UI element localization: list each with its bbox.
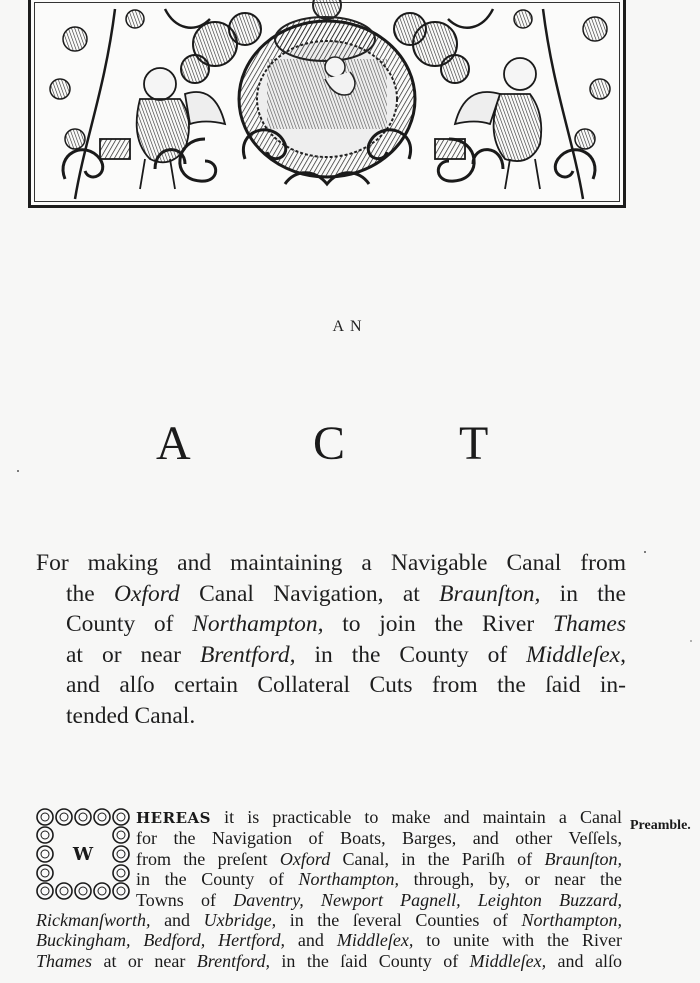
paper-speck — [644, 551, 646, 553]
ornament-woodcut-icon — [35, 0, 623, 205]
long-title: For making and maintaining a Navigable C… — [36, 548, 626, 731]
preamble-line: Towns of Daventry, Newport Pagnell, Leig… — [36, 890, 622, 910]
preamble-line: Thames at or near Brentford, in the ſaid… — [36, 951, 622, 971]
title-letter-a: A — [156, 420, 191, 468]
preamble-line: Rickmanſworth, and Uxbridge, in the ſeve… — [36, 910, 622, 930]
preamble-line: in the County of Northampton, through, b… — [36, 869, 622, 889]
ornament-woodcut-headpiece — [28, 0, 626, 208]
margin-note-preamble: Preamble. — [630, 818, 691, 834]
pre-title: AN — [0, 318, 700, 336]
long-title-line: and alſo certain Collateral Cuts from th… — [36, 670, 626, 701]
paper-speck — [17, 470, 19, 472]
long-title-line: at or near Brentford, in the County of M… — [36, 640, 626, 671]
preamble-line: HEREAS it is practicable to make and mai… — [36, 807, 622, 828]
long-title-line: the Oxford Canal Navigation, at Braunſto… — [36, 579, 626, 610]
long-title-line: tended Canal. — [36, 701, 626, 732]
title-letter-c: C — [313, 420, 345, 468]
title-letter-t: T — [459, 420, 488, 468]
paper-speck — [690, 640, 692, 642]
preamble-line: from the preſent Oxford Canal, in the Pa… — [36, 849, 622, 869]
preamble-line: for the Navigation of Boats, Barges, and… — [36, 828, 622, 848]
preamble-line: Buckingham, Bedford, Hertford, and Middl… — [36, 930, 622, 950]
opening-word: HEREAS — [136, 809, 211, 827]
long-title-line: For making and maintaining a Navigable C… — [36, 548, 626, 579]
long-title-line: County of Northampton, to join the River… — [36, 609, 626, 640]
document-page: AN A C T For making and maintaining a Na… — [0, 0, 700, 983]
preamble-text: HEREAS it is practicable to make and mai… — [36, 807, 622, 971]
